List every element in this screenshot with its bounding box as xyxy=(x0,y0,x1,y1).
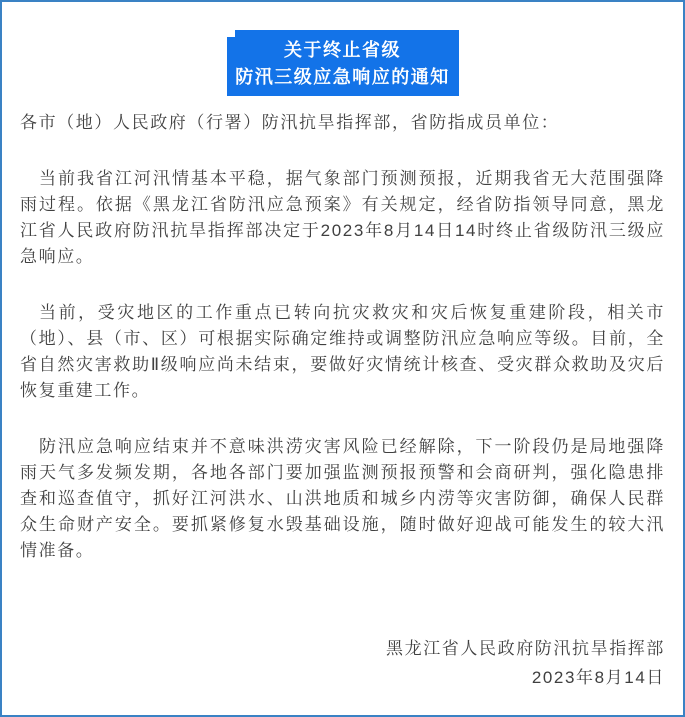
signature-block: 黑龙江省人民政府防汛抗旱指挥部 2023年8月14日 xyxy=(20,634,665,692)
notice-page: 关于终止省级 防汛三级应急响应的通知 各市（地）人民政府（行署）防汛抗旱指挥部，… xyxy=(0,0,685,717)
signature-organization: 黑龙江省人民政府防汛抗旱指挥部 xyxy=(20,634,665,663)
title-banner: 关于终止省级 防汛三级应急响应的通知 xyxy=(227,30,459,96)
banner-corner-square-decoration xyxy=(226,27,235,37)
paragraph-3: 防汛应急响应结束并不意味洪涝灾害风险已经解除，下一阶段仍是局地强降雨天气多发频发… xyxy=(20,434,665,564)
notice-body: 各市（地）人民政府（行署）防汛抗旱指挥部，省防指成员单位： 当前我省江河汛情基本… xyxy=(2,110,683,692)
notice-title-line1: 关于终止省级 xyxy=(227,37,459,64)
paragraph-2: 当前，受灾地区的工作重点已转向抗灾救灾和灾后恢复重建阶段，相关市（地）、县（市、… xyxy=(20,300,665,404)
notice-title-line2: 防汛三级应急响应的通知 xyxy=(227,64,459,91)
paragraph-1: 当前我省江河汛情基本平稳，据气象部门预测预报，近期我省无大范围强降雨过程。依据《… xyxy=(20,166,665,270)
salutation-line: 各市（地）人民政府（行署）防汛抗旱指挥部，省防指成员单位： xyxy=(20,110,665,136)
signature-date: 2023年8月14日 xyxy=(20,663,665,692)
